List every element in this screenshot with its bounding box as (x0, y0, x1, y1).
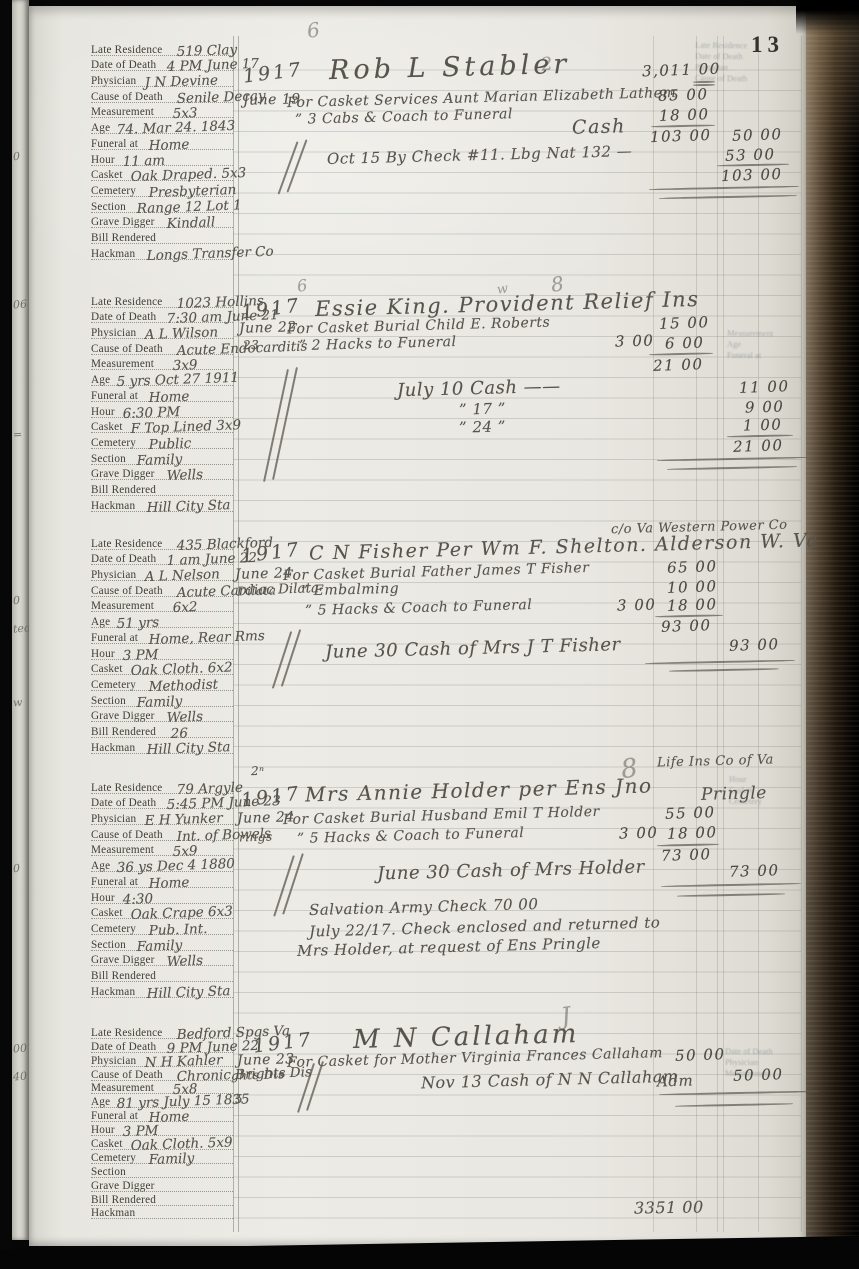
page-right-rule (801, 36, 802, 1232)
journal-header: Pringle (701, 783, 767, 805)
amount: 18 00 (667, 595, 718, 615)
field-value: 3 PM (122, 646, 158, 663)
journal-margin-note: rings (239, 830, 273, 845)
field-row: Hour11 am (91, 150, 233, 166)
field-row: Funeral atHome (91, 872, 233, 888)
field-value: 11 am (122, 152, 165, 169)
amount: 93 00 (729, 635, 780, 655)
journal-margin-note: ghts Dis (231, 1067, 285, 1082)
handwriting-fragment: = (13, 428, 23, 442)
amount: 65 00 (667, 557, 718, 577)
field-row: Late Residence519 Clay (91, 40, 233, 56)
field-row: HackmanHill City Sta (91, 982, 233, 998)
field-value: Wells (166, 709, 203, 726)
amount: 1 00 (743, 415, 783, 434)
amount-total: 21 00 (733, 436, 784, 456)
field-row: HackmanHill City Sta (91, 496, 233, 512)
field-row: Late Residence1023 Hollins (91, 292, 233, 308)
field-row: CasketOak Draped. 5x3 (91, 166, 233, 182)
carry-total: 3,011 00 (642, 60, 721, 81)
journal-desc: ” 17 ” (459, 399, 506, 418)
entry-3-fields: Late Residence435 Blackford Date of Deat… (91, 534, 233, 754)
field-value: Wells (166, 953, 203, 970)
field-value: 26 (170, 725, 188, 742)
field-value: Pub. Int. (148, 921, 207, 939)
field-value: Hill City Sta (146, 497, 230, 516)
journal-header: Rob L Stabler (329, 49, 571, 86)
field-row: Late Residence79 Argyle (91, 778, 233, 794)
field-row: CemeteryPresbyterian (91, 181, 233, 197)
field-value: Hill City Sta (146, 983, 230, 1002)
field-row: PhysicianA L Wilson (91, 323, 233, 339)
pencil-flourish: 6 (305, 17, 322, 43)
field-value: Wells (166, 467, 203, 484)
amount: 50 00 (733, 1065, 784, 1085)
field-row: Age81 yrs July 15 1835 (91, 1094, 233, 1108)
handwriting-fragment: 40 (13, 1070, 28, 1084)
field-row: Hour6:30 PM (91, 402, 233, 418)
journal-desc: ” 24 ” (459, 417, 506, 436)
field-row: CasketOak Cloth. 5x9 (91, 1136, 233, 1150)
field-row: Date of Death9 PM June 22 (91, 1039, 233, 1053)
field-row: CemeteryPub. Int. (91, 919, 233, 935)
field-row: Bill Rendered26 (91, 722, 233, 738)
amount-total: 73 00 (661, 845, 712, 865)
field-row: SectionFamily (91, 691, 233, 707)
pencil-flourish: 6 (296, 275, 309, 295)
field-value: Methodist (148, 676, 218, 694)
amount: 103 00 (650, 126, 712, 146)
field-row: CasketOak Crape 6x3 (91, 904, 233, 920)
amount-total: 93 00 (661, 616, 712, 636)
field-row: Date of Death1 am June 22 (91, 550, 233, 566)
field-row: Bill Rendered (91, 966, 233, 982)
field-value: 51 yrs (116, 615, 159, 632)
field-row: Funeral atHome (91, 1108, 233, 1122)
field-row: Date of Death4 PM June 17 (91, 56, 233, 72)
fee-amount: 3 00 (617, 595, 657, 614)
field-value: A L Wilson (144, 325, 218, 344)
field-value: Home (148, 874, 189, 891)
entry-2-fields: Late Residence1023 Hollins Date of Death… (91, 292, 233, 512)
amount: 11 00 (739, 377, 790, 397)
amount: 6 00 (665, 333, 705, 352)
journal-margin-note: 2ⁿ (251, 764, 265, 778)
handwriting-fragment: 00 (13, 1042, 28, 1056)
field-row: CemeteryFamily (91, 1150, 233, 1164)
journal-margin-note: Dilata (237, 583, 277, 598)
fee-amount: 3 00 (619, 823, 659, 842)
field-row: CemeteryPublic (91, 433, 233, 449)
field-row: Bill Rendered (91, 480, 233, 496)
amount: 55 00 (665, 803, 716, 823)
amount: 73 00 (729, 861, 780, 881)
field-row: Funeral atHome, Rear Rms (91, 628, 233, 644)
pencil-mark: w (496, 281, 510, 297)
field-value: Home (148, 136, 189, 153)
field-value: Range 12 Lot 1 (136, 197, 242, 217)
field-row: Late Residence435 Blackford (91, 534, 233, 550)
amount: 18 00 (659, 105, 710, 125)
field-value: Public (148, 435, 191, 452)
field-row: Date of Death7:30 am June 21 (91, 308, 233, 324)
journal-desc: ” Embalming (301, 581, 400, 600)
bottom-total: 3351 00 (634, 1197, 704, 1217)
field-value: Family (136, 451, 182, 469)
field-value: J N Devine (144, 73, 218, 92)
field-row: PhysicianE H Yunker (91, 809, 233, 825)
field-row: Date of Death5:45 PM June 23 (91, 794, 233, 810)
field-row: PhysicianA L Nelson (91, 565, 233, 581)
field-row: Bill Rendered (91, 228, 233, 244)
field-row: SectionFamily (91, 935, 233, 951)
field-row: SectionRange 12 Lot 1 (91, 197, 233, 213)
field-value: Family (136, 693, 182, 711)
field-row: Late ResidenceBedford Spgs Va (91, 1025, 233, 1039)
field-value: A L Nelson (144, 566, 220, 585)
page-number: 13 (751, 32, 784, 58)
field-value: E H Yunker (144, 810, 222, 829)
entry-4-fields: Late Residence79 Argyle Date of Death5:4… (91, 778, 233, 998)
field-value: Kindall (166, 215, 215, 233)
amount-total: 103 00 (721, 165, 783, 185)
field-row: HackmanHill City Sta (91, 738, 233, 754)
entry-1-fields: Late Residence519 Clay Date of Death4 PM… (91, 40, 233, 260)
entry-5-fields: Late ResidenceBedford Spgs Va Date of De… (91, 1025, 233, 1219)
field-row: Funeral atHome (91, 134, 233, 150)
amount: 85 00 (658, 85, 709, 105)
journal-margin-note: 5 (235, 1092, 244, 1106)
scan-background-left (0, 0, 12, 1269)
ghost-bleed-text: Measurement Age Funeral at (727, 328, 774, 361)
field-row: Age36 ys Dec 4 1880 (91, 856, 233, 872)
field-row: SectionFamily (91, 449, 233, 465)
field-row: Age51 yrs (91, 612, 233, 628)
field-value: Hill City Sta (146, 739, 230, 758)
field-row: Age74. Mar 24. 1843 (91, 118, 233, 134)
amount: 10 00 (667, 577, 718, 597)
amount: 50 00 (732, 125, 783, 145)
field-row: CemeteryMethodist (91, 675, 233, 691)
journal-desc: July 10 Cash —— (397, 376, 561, 401)
handwriting-fragment: 0 (13, 150, 21, 163)
journal-tag: Adm (657, 1072, 694, 1091)
field-row: Bill Rendered (91, 1192, 233, 1206)
field-row: PhysicianN H Kahler (91, 1053, 233, 1067)
opposite-page-edge: 0 06 = 0 teo w 0 00 40 (12, 0, 29, 1240)
amount: 53 00 (725, 145, 776, 165)
scanned-ledger-photo: 0 06 = 0 teo w 0 00 40 13 Late Residence… (0, 0, 859, 1269)
field-row: CasketF Top Lined 3x9 (91, 418, 233, 434)
field-row: CasketOak Cloth. 6x2 (91, 660, 233, 676)
field-row: Age5 yrs Oct 27 1911 (91, 370, 233, 386)
field-value: 6x2 (172, 600, 197, 617)
field-row: Hackman (91, 1206, 233, 1220)
field-value: Family (136, 937, 182, 955)
journal-note: Life Ins Co of Va (657, 752, 774, 770)
field-value: Home (148, 388, 189, 405)
field-row: Grave Digger (91, 1178, 233, 1192)
field-value: 4:30 (122, 890, 153, 907)
amount-total: 21 00 (653, 355, 704, 375)
amount: 9 00 (745, 397, 785, 416)
journal-margin-note: 23 (243, 338, 260, 352)
field-row: PhysicianJ N Devine (91, 71, 233, 87)
amount: 15 00 (659, 313, 710, 333)
book-page-edges (806, 0, 859, 1269)
handwriting-fragment: 0 (13, 862, 21, 875)
field-value: Family (148, 1150, 194, 1168)
journal-desc: Cash (572, 115, 626, 138)
book-corner-shadow (796, 0, 859, 34)
field-row: Funeral atHome (91, 386, 233, 402)
field-row: HackmanLongs Transfer Co (91, 244, 233, 260)
handwriting-fragment: 06 (13, 298, 28, 312)
fee-amount: 3 00 (615, 331, 655, 350)
handwriting-fragment: 0 (13, 594, 21, 607)
amount: 50 00 (675, 1045, 726, 1065)
amount: 18 00 (667, 823, 718, 843)
ledger-page: 13 Late Residence Date of Death Physicia… (29, 6, 806, 1246)
handwriting-fragment: w (13, 696, 23, 710)
